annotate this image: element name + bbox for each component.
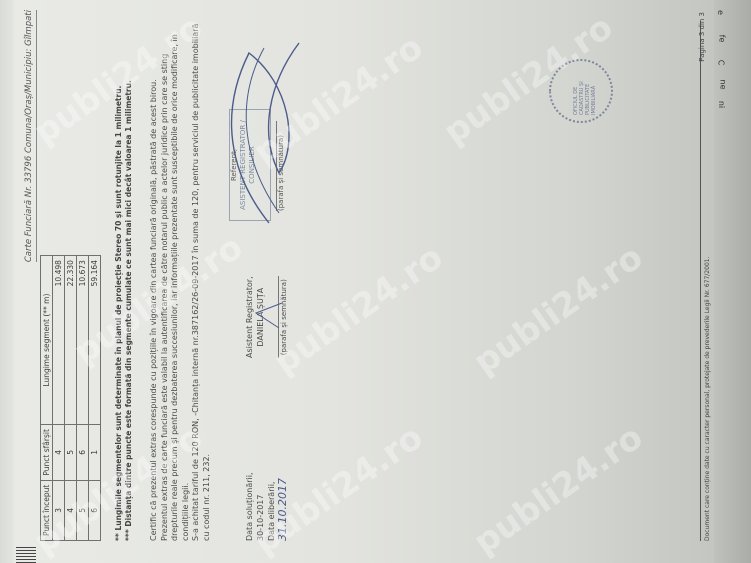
cell-length: 10.673 — [77, 256, 89, 425]
cell-start: 5 — [77, 480, 89, 540]
cell-start: 6 — [89, 480, 101, 540]
table-row: 3 4 10.498 — [53, 256, 65, 541]
footer-note: Document care conține date cu caracter p… — [704, 257, 711, 541]
cell-end: 1 — [89, 425, 101, 481]
table-row: 4 5 22.330 — [65, 256, 77, 541]
round-stamp: OFICIUL DE CADASTRU ȘI PUBLICITATE IMOBI… — [549, 59, 613, 123]
barcode — [16, 545, 36, 563]
cell-start: 4 — [65, 480, 77, 540]
segments-table: Punct început Punct sfârșit Lungime segm… — [40, 255, 101, 541]
cell-length: 59.164 — [89, 256, 101, 425]
footnote: ** Lungimile segmentelor sunt determinat… — [114, 80, 124, 541]
sheet-fragment: ni — [717, 101, 726, 108]
cell-end: 5 — [65, 425, 77, 481]
footnote: *** Distanța dintre puncte este formată … — [124, 80, 134, 541]
sheet-fragment: e — [716, 10, 725, 15]
background-edge — [0, 0, 14, 563]
table-row: 6 1 59.164 — [89, 256, 101, 541]
col-length: Lungime segment (** m) — [41, 256, 53, 425]
resolution-date: 30-10-2017 — [255, 472, 266, 541]
footnotes: ** Lungimile segmentelor sunt determinat… — [114, 80, 134, 541]
sheet-fragment: C — [716, 60, 725, 66]
cell-start: 3 — [53, 480, 65, 540]
page-number: Pagina 3 din 3 — [698, 12, 706, 62]
footer-divider — [700, 21, 701, 541]
cell-end: 4 — [53, 425, 65, 481]
assistant-signature — [254, 293, 284, 333]
col-end: Punct sfârșit — [41, 425, 53, 481]
sheet-fragment: ne — [719, 80, 728, 90]
cell-length: 22.330 — [65, 256, 77, 425]
round-stamp-text: OFICIUL DE CADASTRU ȘI PUBLICITATE IMOBI… — [573, 61, 597, 115]
rotated-document: Carte Funciară Nr. 33796 Comuna/Oraș/Mun… — [14, 0, 714, 563]
cell-end: 6 — [77, 425, 89, 481]
cell-length: 10.498 — [53, 256, 65, 425]
referent-signature — [209, 33, 319, 233]
table-row: 5 6 10.673 — [77, 256, 89, 541]
sheet-fragment: fe — [717, 35, 726, 43]
resolution-date-label: Data soluționării, — [244, 472, 255, 541]
document-header: Carte Funciară Nr. 33796 Comuna/Oraș/Mun… — [24, 10, 37, 262]
certification-text: Certific că prezentul extras corespunde … — [149, 21, 212, 541]
dates-block: Data soluționării, 30-10-2017 Data elibe… — [244, 472, 288, 541]
adjacent-sheet: e fe C ne ni — [714, 0, 751, 563]
cert-paragraph: Certific că prezentul extras corespunde … — [149, 21, 160, 541]
cert-paragraph: Prezentul extras de carte funciară este … — [160, 21, 192, 541]
col-start: Punct început — [41, 480, 53, 540]
issue-date-handwritten: 31.10.2017 — [277, 472, 288, 541]
